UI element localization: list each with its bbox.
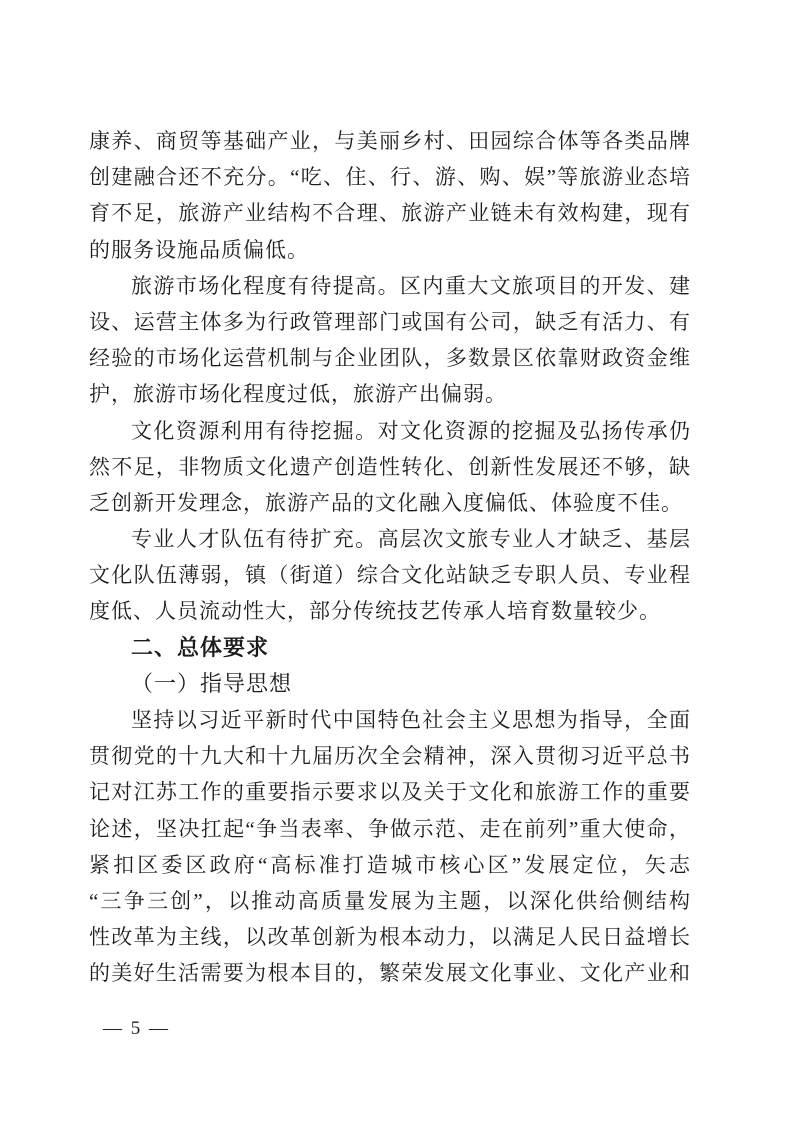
text-line: 记对江苏工作的重要指示要求以及关于文化和旅游工作的重要 bbox=[89, 774, 690, 810]
document-body: 康养、商贸等基础产业，与美丽乡村、田园综合体等各类品牌创建融合还不充分。“吃、住… bbox=[89, 123, 690, 992]
text-line: 创建融合还不充分。“吃、住、行、游、购、娱”等旅游业态培 bbox=[89, 159, 690, 195]
text-line: 紧扣区委区政府“高标准打造城市核心区”发展定位，矢志 bbox=[89, 847, 690, 883]
text-line: 性改革为主线，以改革创新为根本动力，以满足人民日益增长 bbox=[89, 919, 690, 955]
text-line: 专业人才队伍有待扩充。高层次文旅专业人才缺乏、基层 bbox=[89, 521, 690, 557]
text-line: 设、运营主体多为行政管理部门或国有公司，缺乏有活力、有 bbox=[89, 304, 690, 340]
text-line: 论述，坚决扛起“争当表率、争做示范、走在前列”重大使命， bbox=[89, 811, 690, 847]
text-line: 然不足，非物质文化遗产创造性转化、创新性发展还不够，缺 bbox=[89, 449, 690, 485]
text-line: 旅游市场化程度有待提高。区内重大文旅项目的开发、建 bbox=[89, 268, 690, 304]
text-line: 的美好生活需要为根本目的，繁荣发展文化事业、文化产业和 bbox=[89, 955, 690, 991]
text-line: 经验的市场化运营机制与企业团队，多数景区依靠财政资金维 bbox=[89, 340, 690, 376]
text-line: 贯彻党的十九大和十九届历次全会精神，深入贯彻习近平总书 bbox=[89, 738, 690, 774]
page-number: — 5 — bbox=[103, 1018, 170, 1040]
subsection-heading: （一）指导思想 bbox=[89, 666, 690, 702]
text-line: “三争三创”，以推动高质量发展为主题，以深化供给侧结构 bbox=[89, 883, 690, 919]
text-line: 康养、商贸等基础产业，与美丽乡村、田园综合体等各类品牌 bbox=[89, 123, 690, 159]
section-heading: 二、总体要求 bbox=[89, 630, 690, 666]
text-line: 育不足，旅游产业结构不合理、旅游产业链未有效构建，现有 bbox=[89, 195, 690, 231]
text-line: 乏创新开发理念，旅游产品的文化融入度偏低、体验度不佳。 bbox=[89, 485, 690, 521]
text-line: 度低、人员流动性大，部分传统技艺传承人培育数量较少。 bbox=[89, 593, 690, 629]
text-line: 护，旅游市场化程度过低，旅游产出偏弱。 bbox=[89, 376, 690, 412]
scanned-document-page: 康养、商贸等基础产业，与美丽乡村、田园综合体等各类品牌创建融合还不充分。“吃、住… bbox=[0, 0, 793, 1122]
text-line: 坚持以习近平新时代中国特色社会主义思想为指导，全面 bbox=[89, 702, 690, 738]
text-line: 的服务设施品质偏低。 bbox=[89, 232, 690, 268]
text-line: 文化资源利用有待挖掘。对文化资源的挖掘及弘扬传承仍 bbox=[89, 413, 690, 449]
text-line: 文化队伍薄弱，镇（街道）综合文化站缺乏专职人员、专业程 bbox=[89, 557, 690, 593]
